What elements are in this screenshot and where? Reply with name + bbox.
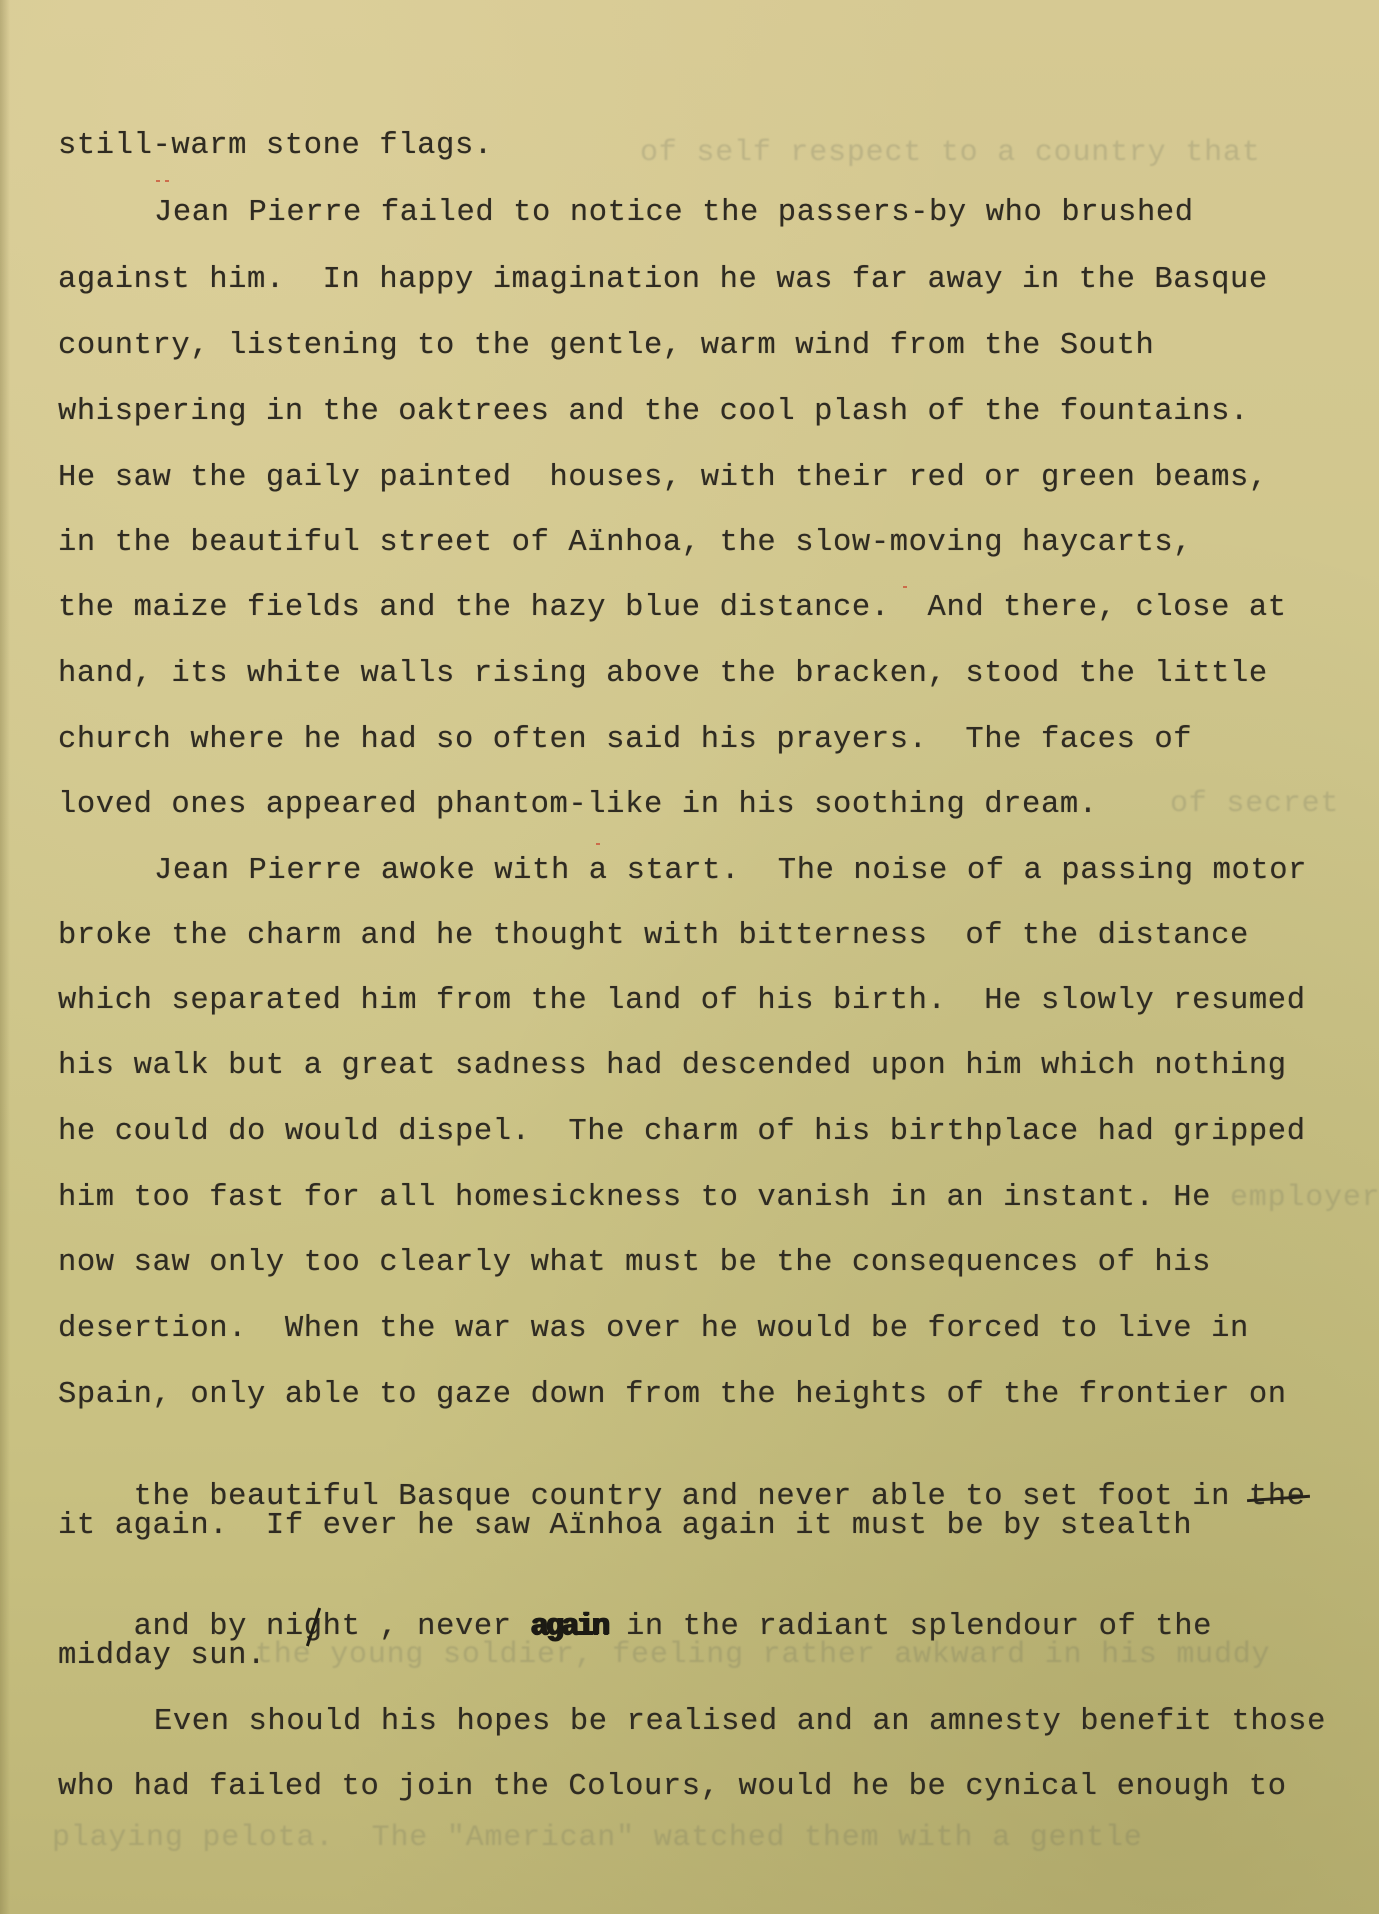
text-line: loved ones appeared phantom-like in his … <box>58 787 1098 823</box>
text-line: he could do would dispel. The charm of h… <box>58 1114 1306 1150</box>
text-line: in the beautiful street of Aïnhoa, the s… <box>58 525 1192 561</box>
text-line-paragraph-start: Jean Pierre failed to notice the passers… <box>154 195 1194 231</box>
text-line: broke the charm and he thought with bitt… <box>58 918 1249 954</box>
red-mark <box>165 180 169 182</box>
text-line: which separated him from the land of his… <box>58 983 1306 1019</box>
overstruck-character: g <box>304 1609 323 1645</box>
text-line: Spain, only able to gaze down from the h… <box>58 1377 1287 1413</box>
text-line: hand, its white walls rising above the b… <box>58 656 1268 692</box>
red-mark <box>156 180 160 182</box>
text-line-paragraph-start: Even should his hopes be realised and an… <box>154 1704 1326 1740</box>
overtyped-word: again <box>531 1609 608 1645</box>
bleed-through-text: playing pelota. The "American" watched t… <box>52 1820 1143 1856</box>
line-text: ht , never <box>323 1610 531 1644</box>
bleed-through-text: employer <box>1230 1180 1379 1216</box>
text-line: who had failed to join the Colours, woul… <box>58 1769 1287 1805</box>
red-mark <box>903 586 907 588</box>
text-line: midday sun. <box>58 1638 266 1674</box>
text-line-paragraph-start: Jean Pierre awoke with a start. The nois… <box>154 853 1307 889</box>
text-line: the maize fields and the hazy blue dista… <box>58 590 1287 626</box>
red-mark <box>596 843 600 845</box>
text-line: country, listening to the gentle, warm w… <box>58 328 1154 364</box>
bleed-through-text: of secret <box>1170 786 1339 822</box>
text-line: it again. If ever he saw Aïnhoa again it… <box>58 1508 1192 1544</box>
text-line: now saw only too clearly what must be th… <box>58 1245 1211 1281</box>
bleed-through-text: of self respect to a country that <box>640 135 1261 171</box>
text-line: desertion. When the war was over he woul… <box>58 1311 1249 1347</box>
struck-out-word: the <box>1249 1479 1306 1515</box>
document-page: of self respect to a country that of sec… <box>0 0 1379 1914</box>
text-line: whispering in the oaktrees and the cool … <box>58 394 1249 430</box>
line-text: in the radiant splendour of the <box>607 1610 1212 1644</box>
text-line: still-warm stone flags. <box>58 128 493 164</box>
text-line: He saw the gaily painted houses, with th… <box>58 460 1268 496</box>
text-line: against him. In happy imagination he was… <box>58 262 1268 298</box>
text-line: his walk but a great sadness had descend… <box>58 1048 1287 1084</box>
text-line: him too fast for all homesickness to van… <box>58 1180 1211 1216</box>
text-line: church where he had so often said his pr… <box>58 722 1192 758</box>
